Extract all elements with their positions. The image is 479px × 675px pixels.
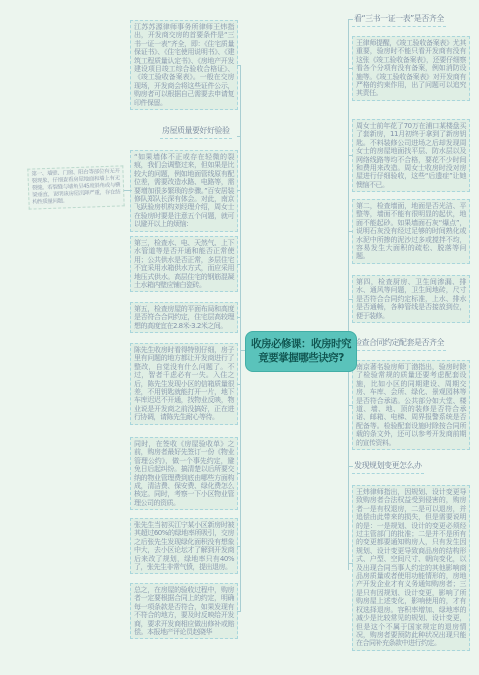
heading-three-documents-check: 看“三书一证一表”是否齐全 bbox=[352, 12, 446, 27]
left-block-utilities-check: 第三，检查水、电、天然气、上下水管道等是否开通和能否正常使用；公共供水是否正常，… bbox=[130, 236, 238, 292]
stub-right-7 bbox=[348, 405, 353, 406]
left-block-layout-height-check: 第五，检查房屋的平面布局和高度是否符合合同约定，住宅层高较理想的高度宜在2.8米… bbox=[130, 302, 238, 333]
stub-right-8 bbox=[348, 466, 353, 467]
left-block-mr-chen-story: 陈先生收房时看得特别仔细，房子里有问题的地方都让开发商进行了整改，自觉没有什么问… bbox=[130, 343, 238, 425]
stub-right-5 bbox=[348, 299, 353, 300]
stub-left-9 bbox=[237, 611, 241, 612]
right-block-record-form: 王律师提醒，《竣工验收备案表》尤其重要，验房时不能只看开发商有没有这张《竣工验收… bbox=[352, 36, 470, 101]
right-trunk-connector bbox=[348, 19, 349, 570]
stub-right-9 bbox=[348, 563, 353, 564]
right-block-inspector-ding: 南京著名验房师丁渤指出，验房时除了检验常规的质量还要考虑配套设施，比如小区的同期… bbox=[352, 360, 470, 450]
stub-left-5 bbox=[237, 317, 241, 318]
note-connector bbox=[124, 190, 132, 191]
right-block-plan-change-rights: 王炜律师指出，因规划、设计变更导致购房者合法权益受到侵害的，购房者一是有权退房，… bbox=[352, 485, 470, 651]
stub-right-3 bbox=[348, 155, 353, 156]
right-block-kitchen-bath-check: 第四，检查厨房、卫生间渗漏、排水、通风等问题，卫生间地砖，尺寸是否符合合同约定标… bbox=[352, 275, 470, 323]
heading-house-quality: 房屋质量要好好验验 bbox=[160, 124, 232, 139]
stub-left-1 bbox=[237, 65, 241, 66]
left-block-wall-cracks-quote: “如果墙体不正或存在轻微的裂痕，我们会调整过来，但如果是比较大的问题，例如地面管… bbox=[130, 150, 238, 232]
left-block-three-documents: 江苏苏源律师事务所律师王炜指出，开发商交房的首要条件是“三书一证一表”齐全，即：… bbox=[130, 20, 238, 110]
stub-left-2 bbox=[237, 136, 241, 137]
stub-left-3 bbox=[237, 190, 241, 191]
right-block-wall-floor-check: 第二，检查墙面，地面是否光洁、平整等，墙面不能有很明显的起伏，地面不能起砂。如果… bbox=[352, 199, 470, 264]
stub-right-1 bbox=[348, 19, 353, 20]
left-block-mr-zhang-story: 张先生当初买江宁某小区新房时被其超过60%的绿地率所吸引，交房之后张先生发现绿化… bbox=[130, 518, 238, 574]
note-card: 第一、墙壁、门窗、阳台等部位有无开裂现象，仔细查看房屋地面和墙上有无裂缝。若裂缝… bbox=[27, 165, 124, 209]
stub-left-6 bbox=[237, 384, 241, 385]
right-block-ms-zhou-story: 周女士前年花了70万在浦口某楼盘买了套新房，11月初终于拿到了新房钥匙。不料装修… bbox=[352, 119, 470, 192]
center-topic: 收房必修课：收房时究竟要掌握哪些诀窍? bbox=[245, 331, 357, 372]
stub-left-8 bbox=[237, 546, 241, 547]
heading-contract-facilities: 检查合同约定配套是否齐全 bbox=[352, 336, 446, 351]
stub-left-4 bbox=[237, 264, 241, 265]
left-block-conclusion: 总之，在房屋的验收过程中，购房者一定要根据合同上的约定，明确每一项条款是否符合，… bbox=[130, 583, 238, 639]
left-trunk-connector bbox=[240, 65, 241, 611]
heading-plan-change: 发现规划变更怎么办 bbox=[352, 459, 424, 474]
left-block-property-management: 同时，在签收《房屋验收单》之前，购房者最好先签订一份《物业管理公约》，做一个事先… bbox=[130, 437, 238, 510]
stub-right-2 bbox=[348, 68, 353, 69]
stub-right-4 bbox=[348, 231, 353, 232]
mindmap-canvas: 收房必修课：收房时究竟要掌握哪些诀窍? 第一、墙壁、门窗、阳台等部位有无开裂现象… bbox=[0, 0, 479, 675]
stub-left-7 bbox=[237, 473, 241, 474]
